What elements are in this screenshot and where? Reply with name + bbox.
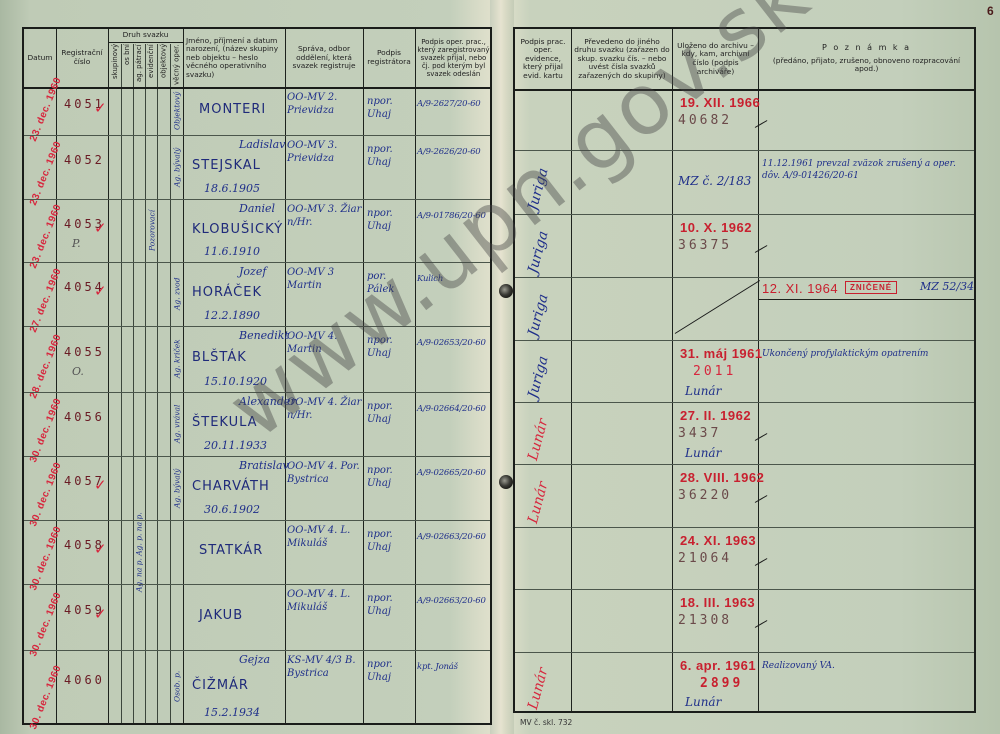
tick-slash (755, 433, 768, 441)
registration-number: 4056 (64, 410, 105, 424)
date-stamp: 30. dec. 1960 (28, 525, 64, 592)
archivist-signature: Lunár (685, 695, 721, 709)
sprava-value: OO-MV 4. Martin (287, 330, 363, 356)
archive-date-stamp: 6. apr. 1961 (680, 658, 756, 673)
druh-note: Pozorovací (146, 203, 158, 258)
first-name: Benedikt (239, 329, 289, 342)
check-mark: ✓ (94, 605, 107, 623)
header-ulozeno: Uloženo do archivu – kdy, kam, archivní … (673, 29, 758, 89)
date-of-birth: 20.11.1933 (204, 439, 267, 452)
header-druh-os-bni: os bní (121, 44, 133, 86)
date-of-birth: 30.6.1902 (204, 503, 260, 516)
binding-gutter (490, 0, 514, 734)
header-poznamka-sub: (předáno, přijato, zrušeno, obnoveno roz… (761, 57, 972, 74)
druh-note: Objektový (171, 91, 183, 131)
archive-date-stamp: 31. máj 1961 (680, 346, 763, 361)
cancel-slash (675, 280, 760, 334)
registrator-signature: npor. Uhaj (367, 528, 413, 554)
sprava-value: OO-MV 4. Žiar n/Hr. (287, 396, 363, 422)
oper-reference: A/9-2627/20-60 (417, 99, 480, 109)
header-prevedeno: Převedeno do jiného druhu svazku (zařaze… (572, 29, 672, 89)
registrator-signature: npor. Uhaj (367, 592, 413, 618)
binder-hole-bottom (499, 475, 513, 489)
date-of-birth: 12.2.1890 (204, 309, 260, 322)
archive-number: 21308 (678, 613, 732, 628)
druh-note: Osob. p. (171, 654, 183, 719)
first-name: Ladislav (239, 138, 285, 151)
oper-reference: A/9-02663/20-60 (417, 596, 486, 606)
evidence-signature: Lunár (525, 417, 551, 462)
date-stamp: 28. dec. 1960 (28, 333, 64, 400)
date-stamp: 30. dec. 1960 (28, 397, 64, 464)
oper-reference: A/9-02664/20-60 (417, 404, 486, 414)
date-stamp: 23. dec. 1960 (28, 140, 64, 207)
header-poznamka-title: P o z n á m k a (822, 44, 911, 53)
first-name: Daniel (239, 202, 275, 215)
archive-number: 3437 (678, 426, 721, 441)
druh-note: Ag. bývalý (171, 139, 183, 195)
archive-number: 36220 (678, 488, 732, 503)
surname: CHARVÁTH (192, 479, 270, 494)
registration-number: 4052 (64, 153, 105, 167)
sprava-value: KS-MV 4/3 B. Bystrica (287, 654, 363, 680)
sprava-value: OO-MV 4. L. Mikuláš (287, 588, 363, 614)
first-name: Bratislav (239, 459, 289, 472)
header-druh-evidencni: evidenční (145, 44, 157, 86)
sprava-value: OO-MV 3. Prievidza (287, 139, 363, 165)
registrator-signature: npor. Uhaj (367, 143, 413, 169)
archive-date-stamp: 28. VIII. 1962 (680, 470, 764, 485)
surname: BLŠTÁK (192, 350, 247, 365)
registration-table: Datum Registrační číslo Druh svazku skup… (22, 27, 492, 725)
oper-reference: A/9-02665/20-60 (417, 468, 486, 478)
date-stamp: 30. dec. 1960 (28, 461, 64, 528)
check-mark: ✓ (94, 476, 107, 494)
surname: HORÁČEK (192, 285, 262, 300)
tick-slash (755, 120, 768, 128)
check-mark: ✓ (94, 99, 107, 117)
archive-date-stamp: 10. X. 1962 (680, 220, 752, 235)
archive-date-stamp: 24. XI. 1963 (680, 533, 756, 548)
archive-number: 40682 (678, 113, 732, 128)
registration-number: 4055 (64, 345, 105, 359)
registration-number: 4060 (64, 673, 105, 687)
archive-date-stamp: 27. II. 1962 (680, 408, 751, 423)
registrator-signature: npor. Uhaj (367, 464, 413, 490)
surname: ŠTEKULA (192, 415, 258, 430)
oper-reference: A/9-2626/20-60 (417, 147, 480, 157)
archive-number: 2899 (700, 676, 743, 691)
archive-date-stamp: 19. XII. 1966 (680, 95, 760, 110)
check-mark: ✓ (94, 282, 107, 300)
sprava-value: OO-MV 2. Prievidza (287, 91, 363, 117)
evidence-signature: Juriga (525, 166, 552, 212)
date-stamp: 27. dec. 1960 (28, 267, 64, 334)
check-mark: ✓ (94, 540, 107, 558)
archive-number: 36375 (678, 238, 732, 253)
header-podpis-prac: Podpis prac. oper. evidence, který přija… (515, 29, 571, 89)
poznamka-text: 11.12.1961 prevzal zväzok zrušený a oper… (762, 158, 972, 182)
note-mark: P. (72, 237, 81, 250)
tick-slash (755, 558, 768, 566)
header-jmeno: Jméno, příjmení a datum narození, (název… (184, 29, 285, 87)
date-of-birth: 18.6.1905 (204, 182, 260, 195)
druh-note: Ag. vrával (171, 396, 183, 452)
registrator-signature: npor. Uhaj (367, 334, 413, 360)
druh-note: Ag. zvod (171, 266, 183, 322)
registrator-signature: npor. Uhaj (367, 658, 413, 684)
druh-note: Ag. na p. Ag. p. na p. (133, 524, 145, 580)
oper-reference: A/9-02663/20-60 (417, 532, 486, 542)
date-of-birth: 15.2.1934 (204, 706, 260, 719)
archive-table: Podpis prac. oper. evidence, který přija… (513, 27, 976, 713)
date-of-birth: 15.10.1920 (204, 375, 267, 388)
binder-hole-top (499, 284, 513, 298)
surname: ČIŽMÁR (192, 678, 249, 693)
header-druh-skupinovy: skupinový (109, 44, 121, 86)
header-sprava: Správa, odbor oddělení, která svazek reg… (285, 29, 363, 87)
oper-reference: A/9-01786/20-60 (417, 211, 486, 221)
surname: STEJSKAL (192, 158, 261, 173)
header-druh-svazku: Druh svazku (108, 29, 183, 42)
evidence-signature: Lunár (525, 666, 551, 711)
date-of-birth: 11.6.1910 (204, 245, 260, 258)
poznamka-text: Realizovaný VA. (762, 660, 972, 672)
oper-reference: Kulich (417, 274, 443, 284)
sprava-value: OO-MV 3. Žiar n/Hr. (287, 203, 363, 229)
header-reg-cislo: Registrační číslo (56, 29, 108, 87)
header-poznamka: P o z n á m k a (předáno, přijato, zruše… (759, 29, 974, 89)
druh-note: Ag. bývalý (171, 460, 183, 516)
archive-number: 2011 (693, 364, 736, 379)
registrator-signature: npor. Uhaj (367, 400, 413, 426)
archive-number: 21064 (678, 551, 732, 566)
poznamka-reference: MZ 52/34 (920, 280, 974, 293)
sprava-value: OO-MV 3 Martin (287, 266, 363, 292)
evidence-signature: Juriga (525, 229, 552, 275)
surname: JAKUB (199, 608, 243, 623)
tick-slash (755, 495, 768, 503)
header-druh-vecny-oper: věcný oper. (170, 44, 183, 86)
evidence-signature: Juriga (525, 354, 552, 400)
registrator-signature: por. Pálek (367, 270, 413, 296)
date-stamp: 23. dec. 1960 (28, 203, 64, 270)
header-druh-ag-patraci: ag. pátrací (133, 44, 145, 86)
archive-date-stamp: 18. III. 1963 (680, 595, 755, 610)
header-druh-objektovy: objektový (157, 44, 170, 86)
check-mark: ✓ (94, 219, 107, 237)
tick-slash (755, 245, 768, 253)
first-name: Jozef (239, 265, 266, 278)
tick-slash (755, 620, 768, 628)
poznamka-text: Ukončený profylaktickým opatrením (762, 348, 972, 360)
surname: STATKÁR (199, 543, 263, 558)
oper-reference: A/9-02653/20-60 (417, 338, 486, 348)
poznamka-date-stamp: 12. XI. 1964 (762, 281, 838, 296)
first-name: Gejza (239, 653, 270, 666)
header-podpis-oper: Podpis oper. prac., který zaregistrovaný… (415, 29, 492, 87)
registrator-signature: npor. Uhaj (367, 95, 413, 121)
surname: KLOBUŠICKÝ (192, 222, 283, 237)
registrator-signature: npor. Uhaj (367, 207, 413, 233)
sprava-value: OO-MV 4. L. Mikuláš (287, 524, 363, 550)
oper-reference: kpt. Jonáš (417, 662, 458, 672)
note-mark: O. (72, 365, 84, 378)
date-stamp: 30. dec. 1960 (28, 591, 64, 658)
date-stamp: 30. dec. 1960 (28, 664, 64, 731)
header-podpis-registratora: Podpis registrátora (363, 29, 415, 87)
surname: MONTERI (199, 102, 266, 117)
sprava-value: OO-MV 4. Por. Bystrica (287, 460, 363, 486)
form-code: MV č. skl. 732 (520, 718, 572, 727)
archivist-signature: Lunár (685, 384, 721, 398)
destroyed-stamp: ZNIČENÉ (845, 281, 897, 294)
evidence-signature: Lunár (525, 480, 551, 525)
archivist-signature: Lunár (685, 446, 721, 460)
page-number: 6 (987, 4, 994, 18)
druh-note: Ag. kriček (171, 330, 183, 388)
archive-number: MZ č. 2/183 (678, 174, 751, 188)
evidence-signature: Juriga (525, 292, 552, 338)
